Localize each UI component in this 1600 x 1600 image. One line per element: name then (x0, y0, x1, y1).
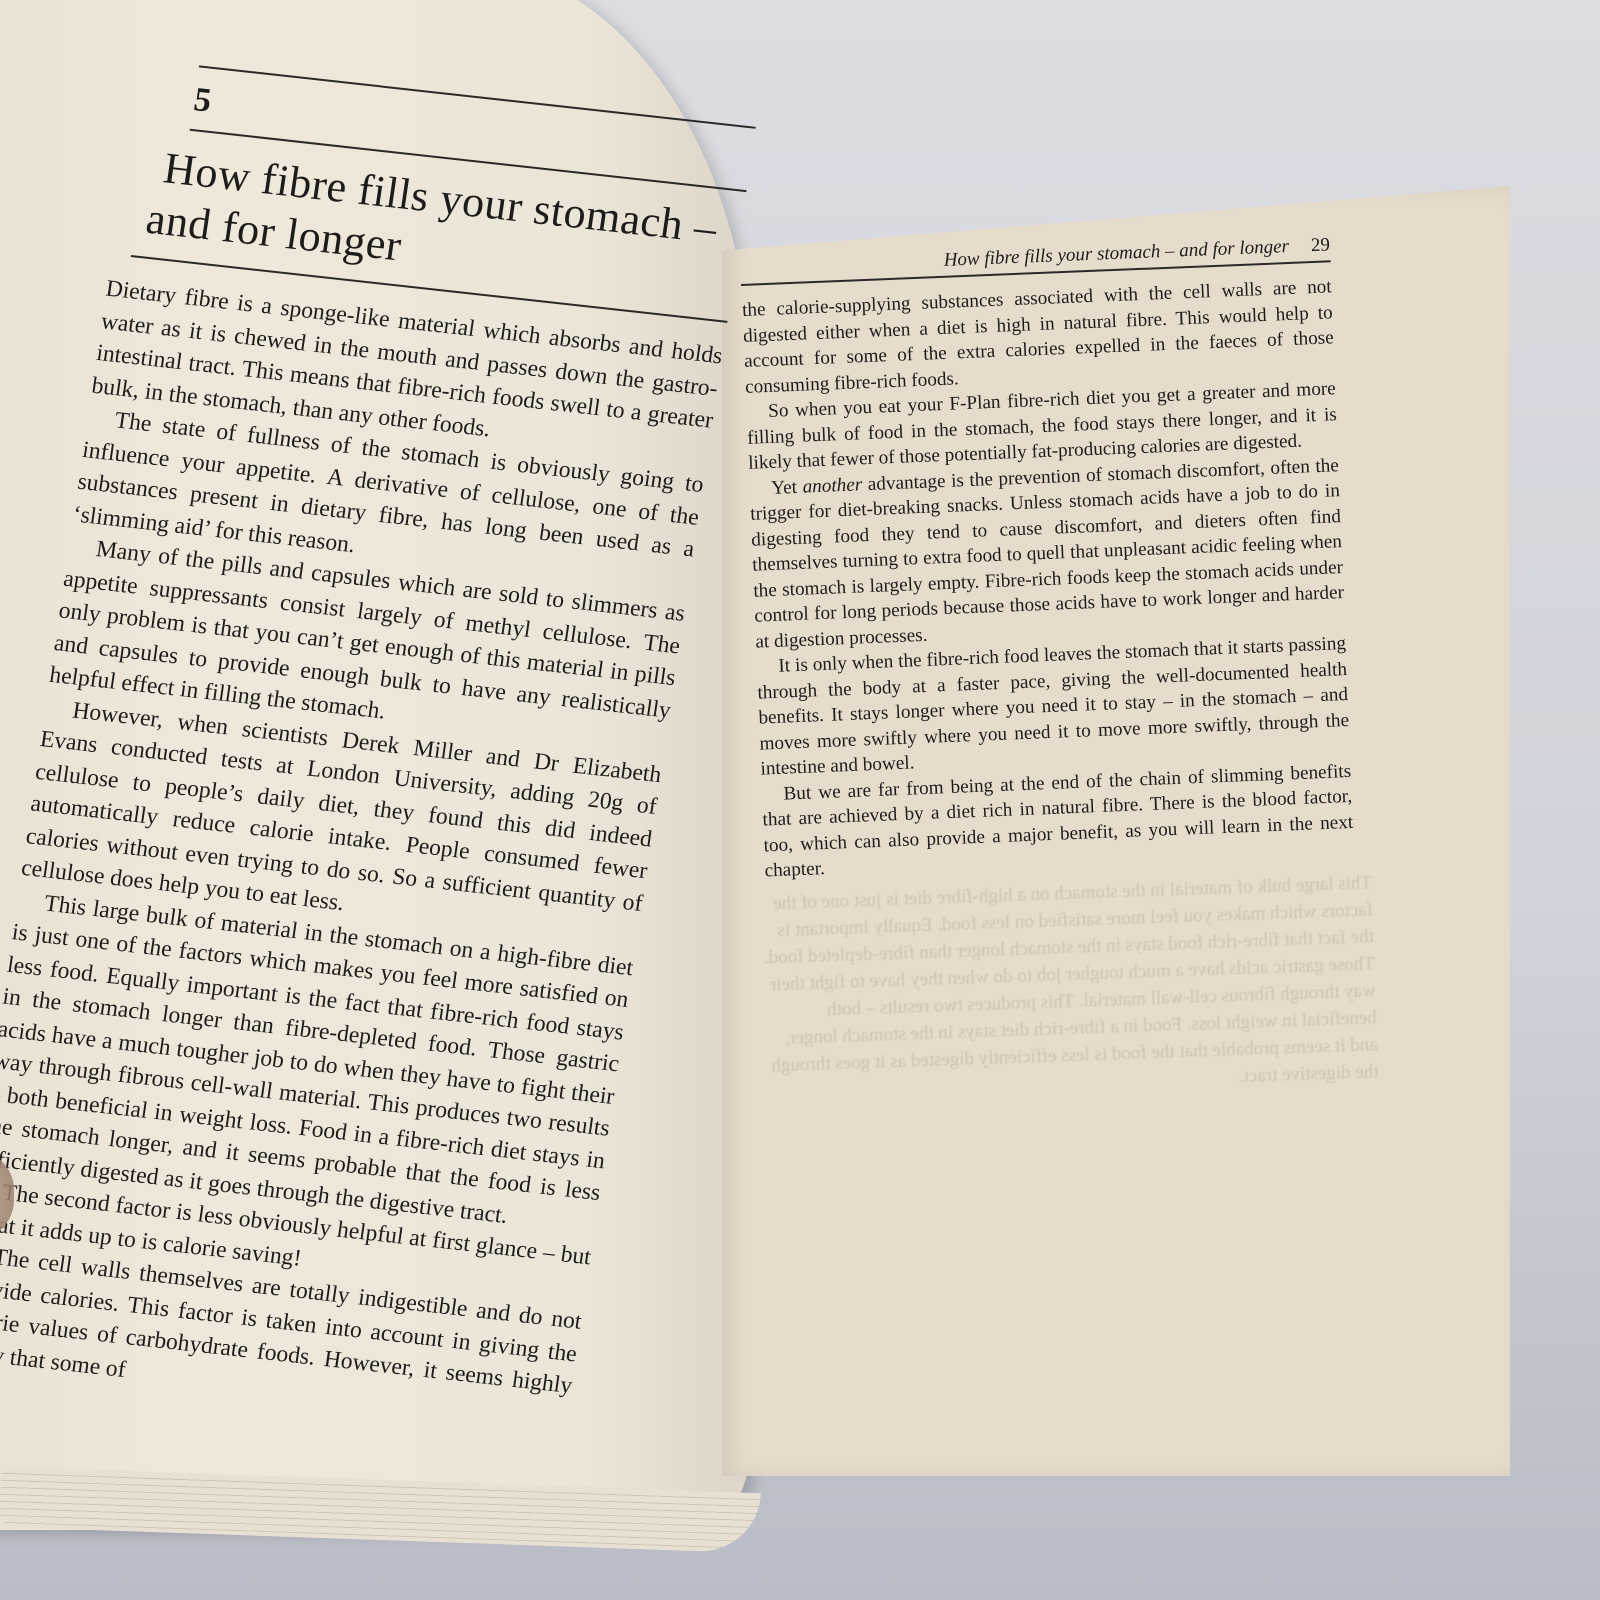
paragraph: Yet another advantage is the prevention … (749, 453, 1346, 655)
page-number: 29 (1311, 234, 1331, 257)
paragraph: It is only when the fibre-rich food leav… (756, 631, 1351, 782)
emphasis: another (802, 474, 862, 497)
show-through-text: This large bulk of material in the stoma… (752, 869, 1388, 1370)
right-page-content: How fibre fills your stomach – and for l… (740, 234, 1355, 884)
right-body-text: the calorie-supplying substances associa… (742, 274, 1355, 884)
